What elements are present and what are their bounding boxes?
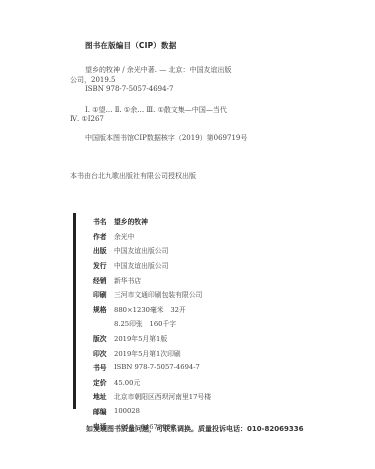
spec-value: 8.25印张 160千字 [114, 318, 176, 328]
spec-row-title: 书名 望乡的牧神 [93, 214, 211, 229]
classification-line-2: Ⅳ. ①I267 [70, 115, 104, 123]
spec-key: 出版 [93, 245, 114, 255]
spec-key: 规格 [93, 304, 114, 314]
spec-row-printer: 印刷 三河市文通印刷包装有限公司 [93, 287, 211, 302]
cip-entry-line-1: 望乡的牧神 / 余光中著. — 北京：中国友谊出版 [85, 65, 231, 75]
quality-notice: 如发现图书质量问题，可联系调换。质量投诉电话：010-82069336 [86, 424, 303, 434]
cip-isbn: ISBN 978-7-5057-4694-7 [85, 85, 173, 93]
spec-value: 2019年5月第1次印刷 [114, 348, 181, 358]
spec-row-format-cont: 规格 8.25印张 160千字 [93, 316, 211, 331]
spec-row-publisher: 出版 中国友谊出版公司 [93, 243, 211, 258]
spec-key: 作者 [93, 231, 114, 241]
spec-key: 地址 [93, 391, 114, 401]
spec-value: 北京市朝阳区西坝河南里17号楼 [114, 391, 211, 401]
spec-row-address: 地址 北京市朝阳区西坝河南里17号楼 [93, 389, 211, 404]
spec-key: 印次 [93, 348, 114, 358]
spec-row-price: 定价 45.00元 [93, 375, 211, 390]
spec-row-isbn: 书号 ISBN 978-7-5057-4694-7 [93, 360, 211, 375]
spec-value: 中国友谊出版公司 [114, 260, 168, 270]
cip-entry-line-2: 公司，2019.5 [70, 75, 116, 85]
spec-key: 书名 [93, 216, 114, 226]
book-spec-table: 书名 望乡的牧神 作者 余光中 出版 中国友谊出版公司 发行 中国友谊出版公司 … [93, 214, 211, 433]
spec-row-seller: 经销 新华书店 [93, 272, 211, 287]
spec-value: 三河市文通印刷包装有限公司 [114, 289, 202, 299]
spec-row-author: 作者 余光中 [93, 229, 211, 244]
spec-key: 印刷 [93, 289, 114, 299]
spec-row-printing: 印次 2019年5月第1次印刷 [93, 345, 211, 360]
spec-row-distributor: 发行 中国友谊出版公司 [93, 258, 211, 273]
spec-value: 新华书店 [114, 275, 141, 285]
spec-value: 余光中 [114, 231, 134, 241]
spec-value: ISBN 978-7-5057-4694-7 [114, 363, 200, 371]
spec-row-postcode: 邮编 100028 [93, 404, 211, 419]
cip-title: 图书在版编目（CIP）数据 [85, 40, 176, 51]
classification-line-1: Ⅰ. ①望… Ⅱ. ①余… Ⅲ. ①散文集—中国—当代 [85, 105, 227, 115]
spec-row-edition: 版次 2019年5月第1版 [93, 331, 211, 346]
spec-value: 45.00元 [114, 377, 140, 387]
cip-record-number: 中国版本图书馆CIP数据核字（2019）第069719号 [85, 133, 247, 143]
spec-key: 邮编 [93, 406, 114, 416]
license-statement: 本书由台北九歌出版社有限公司授权出版 [70, 171, 196, 181]
spec-key: 定价 [93, 377, 114, 387]
spec-value: 中国友谊出版公司 [114, 245, 168, 255]
spec-row-format: 规格 880×1230毫米 32开 [93, 302, 211, 317]
spec-key: 版次 [93, 333, 114, 343]
spec-value: 880×1230毫米 32开 [114, 304, 186, 314]
spec-value: 100028 [114, 407, 140, 415]
spec-divider-bar [73, 213, 76, 409]
spec-key: 发行 [93, 260, 114, 270]
spec-key: 经销 [93, 275, 114, 285]
spec-key: 书号 [93, 362, 114, 372]
spec-value: 望乡的牧神 [114, 216, 148, 226]
spec-value: 2019年5月第1版 [114, 333, 167, 343]
